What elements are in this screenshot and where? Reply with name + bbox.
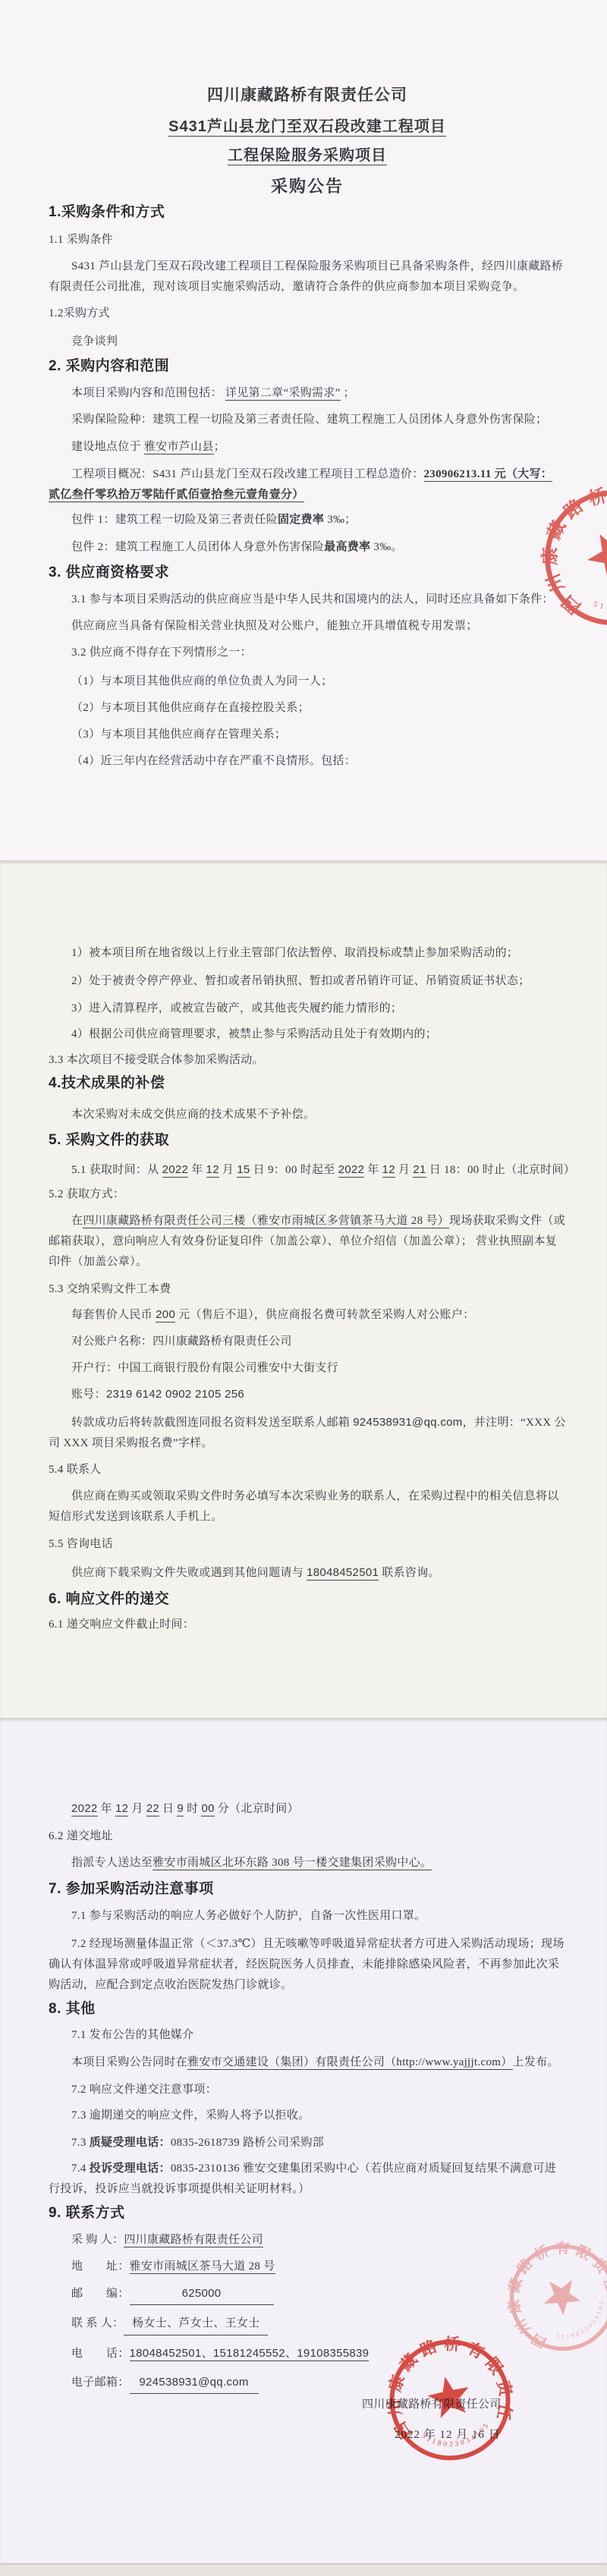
page-3: 2022 年 12 月 22 日 9 时 00 分（北京时间）6.2 递交地址指… — [0, 1719, 607, 2563]
doc-text: 雅安市交通建设（集团）有限责任公司（http://www.yajjjt.com） — [187, 2056, 513, 2070]
doc-line: 8. 其他 — [49, 1998, 566, 2021]
doc-text: 雅安市雨城区北环东路 308 号一楼交建集团采购中心。 — [153, 1857, 432, 1870]
doc-text: 5.1 获取时间：从 — [71, 1164, 162, 1176]
doc-line: S431 芦山县龙门至双石段改建工程项目工程保险服务采购项目已具备采购条件，经四… — [49, 256, 566, 277]
doc-text: 本项目采购公告同时在 — [71, 2056, 187, 2068]
doc-text: 7.4 — [71, 2162, 90, 2175]
doc-line: 7.4 投诉受理电话：0835-2310136 雅安交建集团采购中心（若供应商对… — [49, 2159, 566, 2179]
doc-line: 1.2采购方式 — [49, 304, 566, 324]
doc-text: 7.2 响应文件递交注意事项： — [71, 2084, 217, 2096]
doc-line: 工程项目概况：S431 芦山县龙门至双石段改建工程项目工程总造价：2309062… — [49, 464, 566, 485]
doc-text: 电子邮箱： — [71, 2376, 130, 2389]
doc-text: （1）与本项目其他供应商的单位负责人为同一人； — [71, 675, 332, 687]
doc-text: 工程项目概况：S431 芦山县龙门至双石段改建工程项目工程总造价： — [71, 468, 424, 480]
doc-text: 2）处于被责令停产停业、暂扣或者吊销执照、暂扣或者吊销许可证、吊销资质证书状态； — [71, 975, 530, 987]
doc-text: 2022 年 12 月 16 日 — [395, 2429, 501, 2441]
doc-text: 年 — [98, 1803, 115, 1815]
doc-line: 对公账户名称：四川康藏路桥有限责任公司 — [49, 1332, 566, 1352]
doc-text: 2022 — [162, 1163, 189, 1178]
doc-line: 印件（加盖公章）。 — [49, 1252, 566, 1272]
doc-text: 月 — [128, 1803, 146, 1815]
doc-line: 行投诉，投诉应当就投诉事项提供相关证明材料。） — [49, 2179, 566, 2200]
doc-text: 上发布。 — [513, 2056, 559, 2068]
doc-line: 联 系 人：杨女士、芦女士、王女士 — [49, 2313, 566, 2335]
doc-text: 联系咨询。 — [379, 1567, 440, 1579]
doc-text: 3.3 本次项目不接受联合体参加采购活动。 — [49, 1054, 264, 1066]
doc-line: 供应商应当具备有保险相关营业执照及对公账户，能独立开具增值税专用发票； — [49, 616, 566, 637]
doc-text: 有限责任公司批准，现对该项目实施采购活动，邀请符合条件的供应商参加本项目采购竞争… — [49, 281, 524, 293]
doc-text: 2022 — [338, 1163, 365, 1178]
doc-text: 四川康藏路桥有限责任公司三楼（雅安市雨城区多营镇茶马大道 28 号） — [83, 1215, 449, 1228]
doc-line: 本项目采购公告同时在雅安市交通建设（集团）有限责任公司（http://www.y… — [49, 2052, 566, 2073]
doc-text: 12 — [382, 1163, 395, 1178]
doc-text: 供应商应当具备有保险相关营业执照及对公账户，能独立开具增值税专用发票； — [71, 620, 478, 632]
doc-text: 最高费率 — [324, 541, 370, 553]
doc-text: 贰亿叁仟零玖拾万零陆仟贰佰壹拾叁元壹角壹分） — [49, 489, 304, 502]
doc-text: 详见第二章“采购需求” — [225, 387, 341, 401]
doc-line: 建设地点位于 雅安市芦山县； — [49, 437, 566, 458]
doc-text: 22 — [146, 1802, 159, 1816]
doc-text: 采 购 人： — [71, 2234, 124, 2246]
doc-line: 5.2 获取方式： — [49, 1184, 566, 1205]
doc-text: 7.1 参与采购活动的响应人务必做好个人防护，自备一次性医用口罩。 — [71, 1910, 426, 1922]
doc-line: 6.2 递交地址 — [49, 1826, 566, 1847]
doc-line: 有限责任公司批准，现对该项目实施采购活动，邀请符合条件的供应商参加本项目采购竞争… — [49, 277, 566, 297]
doc-text: 3‰。 — [370, 541, 402, 553]
doc-text: 6. 响应文件的递交 — [49, 1591, 169, 1607]
doc-line: 1）被本项目所在地省级以上行业主管部门依法暂停、取消投标或禁止参加采购活动的； — [49, 943, 566, 964]
doc-text: 购活动，应配合到定点收治医院发热门诊就诊。 — [49, 1979, 292, 1991]
svg-text:5118023034105: 5118023034105 — [590, 566, 607, 625]
doc-text: 开户行：中国工商银行股份有限公司雅安中大街支行 — [71, 1362, 338, 1374]
doc-line: 7.3 质疑受理电话：0835-2618739 路桥公司采购部 — [49, 2133, 566, 2153]
doc-text: 采购保险险种：建筑工程一切险及第三者责任险、建筑工程施工人员团体人身意外伤害保险… — [71, 414, 547, 426]
doc-line: （4）近三年内在经营活动中存在严重不良情形。包括： — [49, 751, 566, 772]
doc-text: 5.3 交纳采购文件工本费 — [49, 1283, 171, 1295]
doc-line: 3.2 供应商不得存在下列情形之一： — [49, 643, 566, 663]
doc-line: 司 XXX 项目采购报名费”字样。 — [49, 1433, 566, 1454]
doc-text: 竞争谈判 — [71, 335, 118, 348]
doc-text: 对公账户名称：四川康藏路桥有限责任公司 — [71, 1335, 292, 1348]
doc-text: 现场获取采购文件（或 — [449, 1215, 565, 1227]
page-1-content: 四川康藏路桥有限责任公司S431芦山县龙门至双石段改建工程项目工程保险服务采购项… — [49, 0, 566, 772]
doc-line: 账号：2319 6142 0902 2105 256 — [49, 1384, 566, 1405]
doc-text: 包件 1：建筑工程一切险及第三者责任险 — [71, 514, 278, 526]
doc-text: 四川康藏路桥有限责任公司 — [207, 86, 407, 104]
doc-line: （1）与本项目其他供应商的单位负责人为同一人； — [49, 672, 566, 692]
doc-text: 雅安市雨城区茶马大道 28 号 — [130, 2260, 275, 2274]
doc-text: 12 — [115, 1802, 128, 1816]
doc-text: 4.技术成果的补偿 — [49, 1075, 165, 1091]
doc-line: 5.1 获取时间：从 2022 年 12 月 15 日 9：00 时起至 202… — [49, 1159, 566, 1181]
doc-text: 18048452501 — [307, 1566, 379, 1581]
doc-line: 6.1 递交响应文件截止时间： — [49, 1615, 566, 1635]
doc-text: 司 XXX 项目采购报名费”字样。 — [49, 1437, 213, 1449]
doc-text: 转款成功后将转款截图连同报名资料发送至联系人邮箱 — [71, 1417, 353, 1429]
doc-text: 投诉受理电话： — [90, 2162, 171, 2175]
doc-text: 供应商下载采购文件失败或遇到其他问题请与 — [71, 1567, 307, 1579]
doc-text: 日 9：00 时起至 — [250, 1164, 338, 1176]
doc-line: 确认有体温异常或呼吸道异常症状者，经医院医务人员排查，未能排除感染风险者，不再参… — [49, 1955, 566, 1975]
doc-text: ； — [214, 441, 225, 453]
doc-text: S431芦山县龙门至双石段改建工程项目 — [168, 118, 446, 137]
doc-text: 杨女士、芦女士、王女士 — [124, 2313, 268, 2335]
doc-text: 6.2 递交地址 — [49, 1830, 113, 1842]
procurement-announcement-document: 四川康藏路桥有限责任公司S431芦山县龙门至双石段改建工程项目工程保险服务采购项… — [0, 0, 607, 2576]
doc-text: 采购公告 — [271, 177, 344, 196]
doc-line: 在四川康藏路桥有限责任公司三楼（雅安市雨城区多营镇茶马大道 28 号）现场获取采… — [49, 1211, 566, 1231]
doc-line: 竞争谈判 — [49, 332, 566, 352]
doc-text: 日 — [159, 1803, 177, 1815]
doc-text: 1.采购条件和方式 — [49, 204, 165, 220]
doc-line: 包件 1：建筑工程一切险及第三者责任险固定费率 3‰； — [49, 510, 566, 530]
doc-text: 200 — [156, 1308, 175, 1323]
doc-text: 联 系 人： — [71, 2317, 124, 2329]
doc-text: 00 — [201, 1802, 214, 1816]
doc-text: 7. 参加采购活动注意事项 — [49, 1881, 214, 1897]
doc-line: 5.5 咨询电话 — [49, 1534, 566, 1555]
doc-line: 4.技术成果的补偿 — [49, 1072, 566, 1095]
doc-text: 15 — [237, 1163, 250, 1178]
doc-text: 2022 — [71, 1802, 98, 1816]
doc-line: 包件 2：建筑工程施工人员团体人身意外伤害保险最高费率 3‰。 — [49, 537, 566, 558]
doc-text: 7.3 — [71, 2137, 90, 2149]
doc-text: 电 话： — [71, 2348, 130, 2360]
doc-line: 本项目采购内容和范围包括： 详见第二章“采购需求” ； — [49, 383, 566, 404]
doc-line: 电 话：18048452501、15181245552、19108355839 — [49, 2343, 566, 2364]
doc-line: 7.2 响应文件递交注意事项： — [49, 2080, 566, 2100]
doc-line: 转款成功后将转款截图连同报名资料发送至联系人邮箱 924538931@qq.co… — [49, 1412, 566, 1433]
doc-text: 行投诉，投诉应当就投诉事项提供相关证明材料。） — [49, 2183, 310, 2195]
doc-text: 短信形式发送到该联系人手机上。 — [49, 1511, 223, 1523]
doc-line: 邮 编：625000 — [49, 2283, 566, 2305]
doc-text: 雅安市芦山县 — [144, 441, 214, 454]
doc-text: 5.4 联系人 — [49, 1464, 102, 1476]
page-3-content: 2022 年 12 月 22 日 9 时 00 分（北京时间）6.2 递交地址指… — [49, 1719, 566, 2445]
doc-line: 3.3 本次项目不接受联合体参加采购活动。 — [49, 1050, 566, 1071]
doc-text: 四川康藏路桥有限责任公司 — [124, 2234, 263, 2247]
doc-text: 0835-2310136 雅安交建集团采购中心（若供应商对质疑回复结果不满意可进 — [171, 2162, 556, 2175]
doc-line: 2. 采购内容和范围 — [49, 355, 566, 378]
doc-text: 元（售后不退），供应商报名费可转款至采购人对公账户： — [175, 1309, 474, 1321]
doc-text: 1.1 采购条件 — [49, 234, 113, 246]
doc-text: 月 — [219, 1164, 237, 1176]
doc-text: 年 — [364, 1164, 382, 1176]
doc-line: 7.1 参与采购活动的响应人务必做好个人防护，自备一次性医用口罩。 — [49, 1906, 566, 1926]
doc-text: 7.3 逾期递交的响应文件，采购人将予以拒收。 — [71, 2109, 310, 2122]
doc-line: 采 购 人：四川康藏路桥有限责任公司 — [49, 2230, 566, 2250]
doc-text: ； — [341, 387, 355, 399]
doc-line: S431芦山县龙门至双石段改建工程项目 — [49, 115, 566, 138]
doc-text: 2319 6142 0902 2105 256 — [106, 1388, 244, 1401]
doc-text: 邮 编： — [71, 2288, 130, 2300]
doc-line: 3）进入清算程序，或被宣告破产，或其他丧失履约能力情形的； — [49, 999, 566, 1019]
doc-line: 1.采购条件和方式 — [49, 201, 566, 224]
doc-text: 分（北京时间） — [215, 1803, 299, 1815]
doc-line: 7.3 逾期递交的响应文件，采购人将予以拒收。 — [49, 2106, 566, 2126]
doc-text: 21 — [413, 1163, 426, 1178]
doc-text: 8. 其他 — [49, 2001, 96, 2017]
doc-text: 3‰； — [324, 514, 356, 526]
doc-text: 每套售价人民币 — [71, 1309, 156, 1321]
doc-line: 9. 联系方式 — [49, 2202, 566, 2225]
doc-line: 开户行：中国工商银行股份有限公司雅安中大街支行 — [49, 1358, 566, 1379]
doc-line: 5.4 联系人 — [49, 1460, 566, 1480]
doc-text: 924538931@qq.com — [353, 1416, 462, 1429]
doc-text: 年 — [188, 1164, 206, 1176]
doc-line: 2022 年 12 月 22 日 9 时 00 分（北京时间） — [49, 1798, 566, 1820]
doc-text: 供应商在购买或领取采购文件时务必填写本次采购业务的联系人，在采购过程中的相关信息… — [71, 1490, 559, 1502]
doc-text: 3. 供应商资格要求 — [49, 565, 169, 580]
doc-text: 6.1 递交响应文件截止时间： — [49, 1618, 194, 1631]
doc-line: 4）根据公司供应商管理要求，被禁止参与采购活动且处于有效期内的； — [49, 1024, 566, 1045]
doc-line: 5.3 交纳采购文件工本费 — [49, 1279, 566, 1300]
doc-line: 指派专人送达至雅安市雨城区北环东路 308 号一楼交建集团采购中心。 — [49, 1853, 566, 1873]
doc-line: 3. 供应商资格要求 — [49, 561, 566, 584]
page-2: 1）被本项目所在地省级以上行业主管部门依法暂停、取消投标或禁止参加采购活动的；2… — [0, 862, 607, 1719]
doc-line: 7.2 经现场测量体温正常（＜37.3℃）且无咳嗽等呼吸道异常症状者方可进入采购… — [49, 1934, 566, 1955]
doc-text: 3）进入清算程序，或被宣告破产，或其他丧失履约能力情形的； — [71, 1002, 402, 1014]
next-page-edge — [0, 2563, 607, 2576]
doc-line: 本次采购对未成交供应商的技术成果不予补偿。 — [49, 1105, 566, 1125]
doc-text: 邮箱获取），意向响应人有效身份证复印件（加盖公章）、单位介绍信（加盖公章）； 营… — [49, 1235, 557, 1247]
doc-line: 短信形式发送到该联系人手机上。 — [49, 1507, 566, 1527]
signature-company: 四川康藏路桥有限责任公司 — [362, 2395, 566, 2415]
doc-line: 6. 响应文件的递交 — [49, 1588, 566, 1611]
doc-line: 地 址：雅安市雨城区茶马大道 28 号 — [49, 2257, 566, 2277]
doc-text: 3.2 供应商不得存在下列情形之一： — [71, 646, 252, 659]
doc-line: 购活动，应配合到定点收治医院发热门诊就诊。 — [49, 1975, 566, 1996]
doc-text: 5.5 咨询电话 — [49, 1538, 113, 1550]
doc-text: 3.1 参与本项目采购活动的供应商应当是中华人民共和国境内的法人，同时还应具备如… — [71, 593, 554, 605]
doc-line: 1.1 采购条件 — [49, 230, 566, 250]
doc-text: 7.2 经现场测量体温正常（＜37.3℃）且无咳嗽等呼吸道异常症状者方可进入采购… — [71, 1938, 565, 1950]
doc-text: 18048452501、15181245552、19108355839 — [130, 2347, 370, 2361]
doc-line: 7. 参加采购活动注意事项 — [49, 1878, 566, 1901]
page-2-content: 1）被本项目所在地省级以上行业主管部门依法暂停、取消投标或禁止参加采购活动的；2… — [49, 862, 566, 1635]
doc-text: 包件 2：建筑工程施工人员团体人身意外伤害保险 — [71, 541, 324, 553]
doc-line: 7.1 发布公告的其他媒介 — [49, 2025, 566, 2046]
doc-line: 供应商下载采购文件失败或遇到其他问题请与 18048452501 联系咨询。 — [49, 1562, 566, 1584]
doc-text: 在 — [71, 1215, 83, 1227]
doc-line: 采购公告 — [49, 173, 566, 200]
doc-text: 5.2 获取方式： — [49, 1188, 124, 1200]
doc-line: 每套售价人民币 200 元（售后不退），供应商报名费可转款至采购人对公账户： — [49, 1304, 566, 1326]
doc-text: 工程保险服务采购项目 — [228, 147, 387, 165]
doc-text: 1）被本项目所在地省级以上行业主管部门依法暂停、取消投标或禁止参加采购活动的； — [71, 947, 518, 959]
signature-date: 2022 年 12 月 16 日 — [395, 2425, 566, 2445]
doc-text: 7.1 发布公告的其他媒介 — [71, 2029, 193, 2041]
doc-text: 月 — [395, 1164, 413, 1176]
doc-text: 时 — [184, 1803, 201, 1815]
doc-text: ，并注明：“XXX 公 — [463, 1417, 566, 1429]
doc-text: 地 址： — [71, 2260, 130, 2272]
doc-text: 指派专人送达至 — [71, 1857, 153, 1869]
doc-text: （4）近三年内在经营活动中存在严重不良情形。包括： — [71, 755, 356, 767]
doc-text: 2. 采购内容和范围 — [49, 358, 169, 374]
doc-text: 账号： — [71, 1389, 106, 1401]
doc-text: 质疑受理电话： — [90, 2137, 171, 2149]
doc-text: 5. 采购文件的获取 — [49, 1132, 169, 1148]
doc-line: 工程保险服务采购项目 — [49, 144, 566, 167]
doc-line: 采购保险险种：建筑工程一切险及第三者责任险、建筑工程施工人员团体人身意外伤害保险… — [49, 410, 566, 430]
doc-text: 625000 — [130, 2283, 274, 2305]
doc-text: 1.2采购方式 — [49, 307, 110, 319]
doc-line: 供应商在购买或领取采购文件时务必填写本次采购业务的联系人，在采购过程中的相关信息… — [49, 1486, 566, 1507]
doc-text: 日 18：00 时止（北京时间） — [426, 1164, 575, 1176]
doc-text: 建设地点位于 — [71, 441, 144, 453]
doc-text: 确认有体温异常或呼吸道异常症状者，经医院医务人员排查，未能排除感染风险者，不再参… — [49, 1958, 559, 1971]
doc-text: 印件（加盖公章）。 — [49, 1256, 147, 1268]
doc-text: 9. 联系方式 — [49, 2205, 125, 2221]
doc-text: 0835-2618739 路桥公司采购部 — [171, 2137, 324, 2149]
doc-text: 924538931@qq.com — [130, 2372, 259, 2394]
doc-text: （2）与本项目其他供应商存在直接控股关系； — [71, 702, 310, 714]
doc-line: （3）与本项目其他供应商存在管理关系； — [49, 725, 566, 745]
doc-text: 本次采购对未成交供应商的技术成果不予补偿。 — [71, 1109, 315, 1121]
doc-text: 12 — [206, 1163, 219, 1178]
page-1: 四川康藏路桥有限责任公司S431芦山县龙门至双石段改建工程项目工程保险服务采购项… — [0, 0, 607, 862]
doc-line: 四川康藏路桥有限责任公司 — [49, 83, 566, 108]
doc-text: 4）根据公司供应商管理要求，被禁止参与采购活动且处于有效期内的； — [71, 1028, 437, 1040]
doc-text: 本项目采购内容和范围包括： — [71, 387, 225, 399]
doc-line: 邮箱获取），意向响应人有效身份证复印件（加盖公章）、单位介绍信（加盖公章）； 营… — [49, 1231, 566, 1252]
doc-text: 9 — [177, 1802, 184, 1816]
doc-text: 固定费率 — [278, 514, 324, 526]
doc-line: 2）处于被责令停产停业、暂扣或者吊销执照、暂扣或者吊销许可证、吊销资质证书状态； — [49, 971, 566, 992]
doc-text: S431 芦山县龙门至双石段改建工程项目工程保险服务采购项目已具备采购条件，经四… — [71, 260, 563, 272]
doc-line: （2）与本项目其他供应商存在直接控股关系； — [49, 698, 566, 719]
doc-text: （3）与本项目其他供应商存在管理关系； — [71, 728, 286, 741]
doc-text: 230906213.11 元（大写： — [424, 468, 553, 482]
doc-text: 四川康藏路桥有限责任公司 — [362, 2398, 502, 2411]
doc-line: 3.1 参与本项目采购活动的供应商应当是中华人民共和国境内的法人，同时还应具备如… — [49, 590, 566, 610]
doc-line: 贰亿叁仟零玖拾万零陆仟贰佰壹拾叁元壹角壹分） — [49, 485, 566, 505]
doc-line: 电子邮箱：924538931@qq.com — [49, 2372, 566, 2394]
doc-line: 5. 采购文件的获取 — [49, 1129, 566, 1152]
